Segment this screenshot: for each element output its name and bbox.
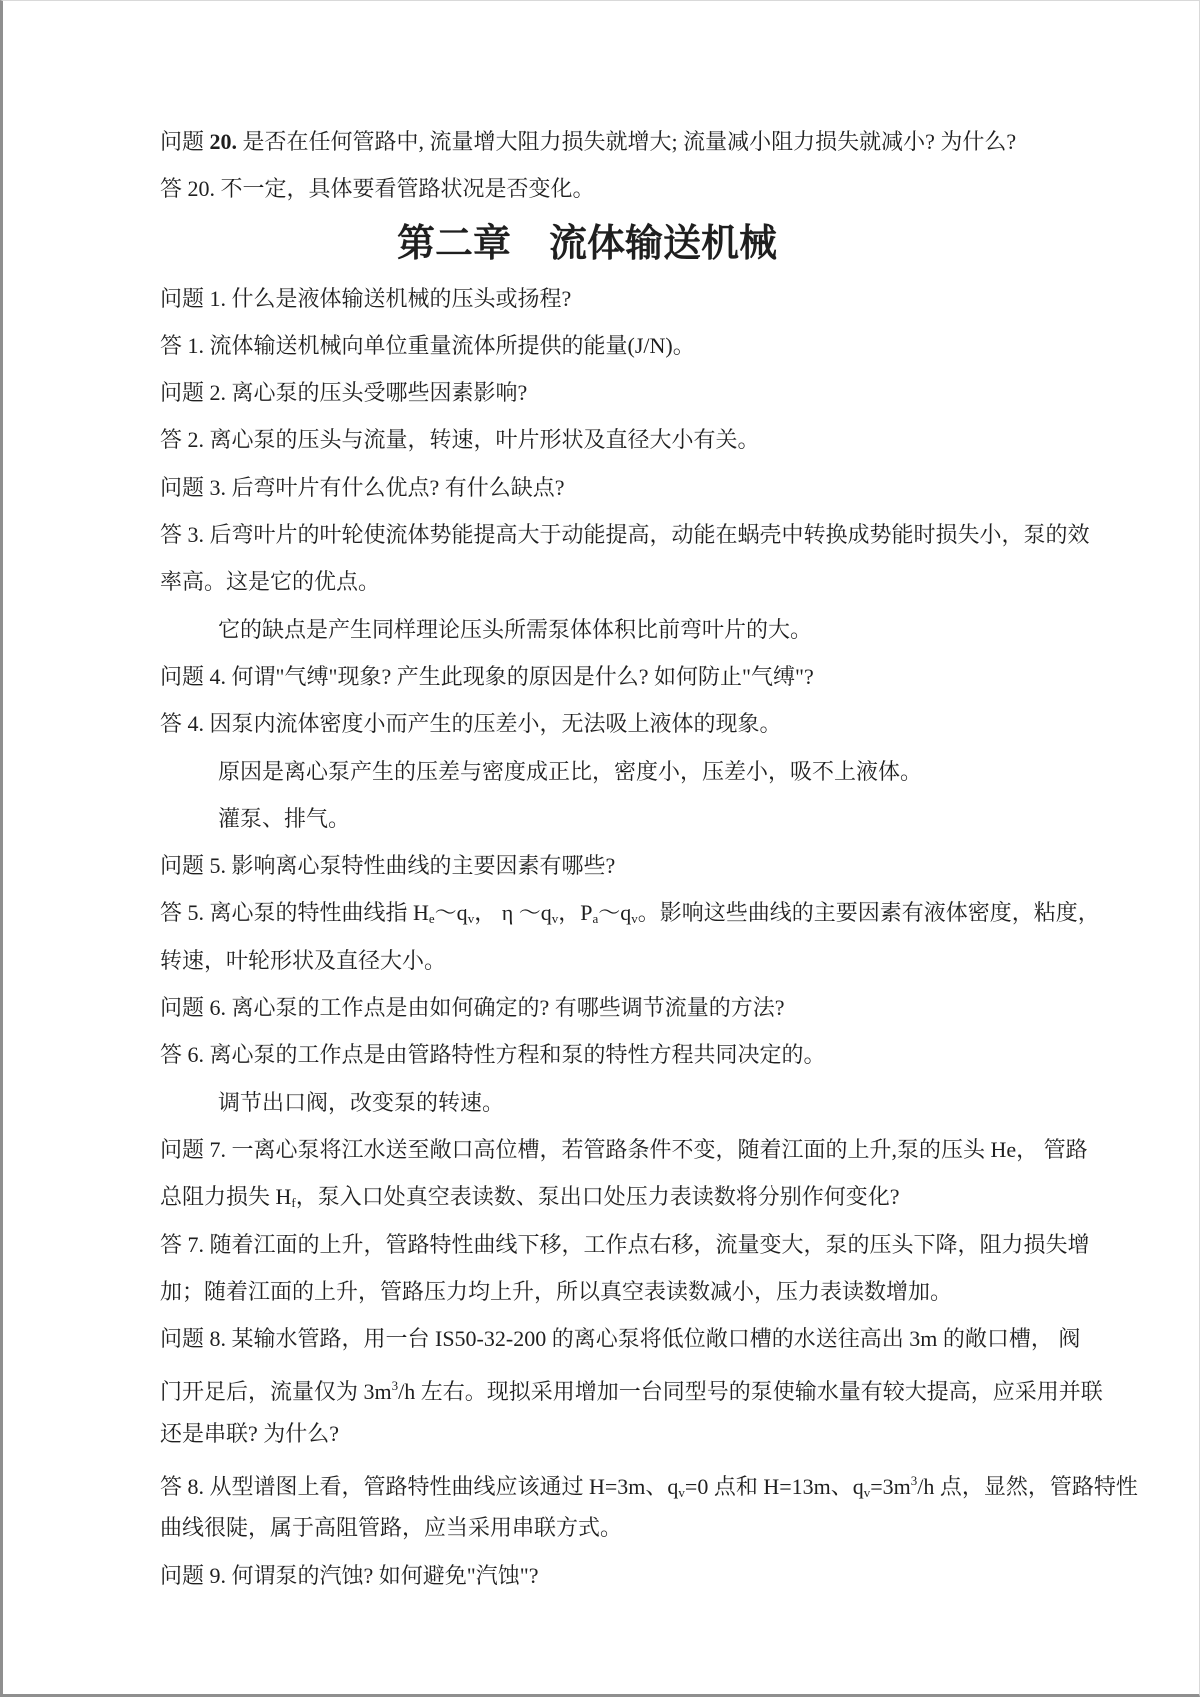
text-segment: 它的缺点是产生同样理论压头所需泵体体积比前弯叶片的大。 [218, 617, 812, 642]
text-line-15: 灌泵、排气。 [218, 795, 1159, 842]
text-segment: ～q [598, 900, 631, 925]
text-segment: 原因是离心泵产生的压差与密度成正比，密度小，压差小，吸不上液体。 [218, 759, 922, 784]
text-segment: 答 20. 不一定，具体要看管路状况是否变化。 [160, 176, 595, 201]
text-segment: 是否在任何管路中, 流量增大阻力损失就增大; 流量减小阻力损失就减小? 为什么? [237, 129, 1016, 154]
text-segment: 问题 2. 离心泵的压头受哪些因素影响? [160, 380, 527, 405]
text-line-19: 问题 6. 离心泵的工作点是由如何确定的? 有哪些调节流量的方法? [160, 984, 1159, 1031]
chapter-title: 第二章 流体输送机械 [3, 213, 1171, 275]
text-segment: /h 左右。现拟采用增加一台同型号的泵使输水量有较大提高，应采用并联 [398, 1379, 1103, 1404]
text-line-9: 答 3. 后弯叶片的叶轮使流体势能提高大于动能提高，动能在蜗壳中转换成势能时损失… [160, 511, 1159, 558]
text-line-8: 问题 3. 后弯叶片有什么优点? 有什么缺点? [160, 464, 1159, 511]
text-line-23: 总阻力损失 Hf，泵入口处真空表读数、泵出口处压力表读数将分别作何变化? [160, 1173, 1159, 1220]
text-line-24: 答 7. 随着江面的上升，管路特性曲线下移，工作点右移，流量变大，泵的压头下降，… [160, 1221, 1159, 1268]
text-line-1: 问题 20. 是否在任何管路中, 流量增大阻力损失就增大; 流量减小阻力损失就减… [160, 118, 1159, 165]
text-line-11: 它的缺点是产生同样理论压头所需泵体体积比前弯叶片的大。 [218, 606, 1159, 653]
text-segment: 问题 5. 影响离心泵特性曲线的主要因素有哪些? [160, 853, 615, 878]
text-segment: 20. [210, 129, 238, 154]
text-segment: ，P [558, 900, 592, 925]
text-segment: 还是串联? 为什么? [160, 1421, 339, 1446]
text-line-21: 调节出口阀，改变泵的转速。 [218, 1079, 1159, 1126]
text-segment: 答 2. 离心泵的压头与流量，转速，叶片形状及直径大小有关。 [160, 427, 760, 452]
text-segment: ， η ～q [474, 900, 552, 925]
text-segment: 加；随着江面的上升，管路压力均上升，所以真空表读数减小，压力表读数增加。 [160, 1279, 952, 1304]
text-segment: 答 4. 因泵内流体密度小而产生的压差小，无法吸上液体的现象。 [160, 711, 782, 736]
text-line-27: 门开足后，流量仅为 3m3/h 左右。现拟采用增加一台同型号的泵使输水量有较大提… [160, 1362, 1159, 1409]
text-line-20: 答 6. 离心泵的工作点是由管路特性方程和泵的特性方程共同决定的。 [160, 1031, 1159, 1078]
text-segment: 问题 [160, 129, 210, 154]
text-segment: 答 5. 离心泵的特性曲线指 H [160, 900, 429, 925]
text-segment: 问题 4. 何谓"气缚"现象? 产生此现象的原因是什么? 如何防止"气缚"? [160, 664, 814, 689]
text-line-25: 加；随着江面的上升，管路压力均上升，所以真空表读数减小，压力表读数增加。 [160, 1268, 1159, 1315]
text-segment: 门开足后，流量仅为 3m [160, 1379, 392, 1404]
text-segment: 第二章 流体输送机械 [397, 223, 777, 265]
text-segment: 问题 8. 某输水管路，用一台 IS50-32-200 的离心泵将低位敞口槽的水… [160, 1326, 1080, 1351]
text-segment: 问题 6. 离心泵的工作点是由如何确定的? 有哪些调节流量的方法? [160, 995, 785, 1020]
text-segment: 率高。这是它的优点。 [160, 569, 380, 594]
text-line-12: 问题 4. 何谓"气缚"现象? 产生此现象的原因是什么? 如何防止"气缚"? [160, 653, 1159, 700]
text-line-6: 问题 2. 离心泵的压头受哪些因素影响? [160, 369, 1159, 416]
text-line-26: 问题 8. 某输水管路，用一台 IS50-32-200 的离心泵将低位敞口槽的水… [160, 1315, 1159, 1362]
text-line-14: 原因是离心泵产生的压差与密度成正比，密度小，压差小，吸不上液体。 [218, 748, 1159, 795]
text-line-5: 答 1. 流体输送机械向单位重量流体所提供的能量(J/N)。 [160, 322, 1159, 369]
document-page: 问题 20. 是否在任何管路中, 流量增大阻力损失就增大; 流量减小阻力损失就减… [0, 0, 1200, 1697]
text-segment: 问题 7. 一离心泵将江水送至敞口高位槽，若管路条件不变，随着江面的上升,泵的压… [160, 1137, 1088, 1162]
text-line-29: 答 8. 从型谱图上看，管路特性曲线应该通过 H=3m、qv=0 点和 H=13… [160, 1457, 1159, 1504]
text-segment: 问题 3. 后弯叶片有什么优点? 有什么缺点? [160, 475, 565, 500]
text-segment: =0 点和 H=13m、q [685, 1474, 864, 1499]
text-segment: 问题 9. 何谓泵的汽蚀? 如何避免"汽蚀"? [160, 1563, 539, 1588]
text-segment: 答 8. 从型谱图上看，管路特性曲线应该通过 H=3m、q [160, 1474, 678, 1499]
text-segment: 总阻力损失 H [160, 1184, 291, 1209]
text-segment: ～q [435, 900, 468, 925]
document-body: 问题 20. 是否在任何管路中, 流量增大阻力损失就增大; 流量减小阻力损失就减… [3, 118, 1199, 1599]
text-line-18: 转速，叶轮形状及直径大小。 [160, 937, 1159, 984]
text-segment: =3m [870, 1474, 911, 1499]
text-line-22: 问题 7. 一离心泵将江水送至敞口高位槽，若管路条件不变，随着江面的上升,泵的压… [160, 1126, 1159, 1173]
text-segment: 转速，叶轮形状及直径大小。 [160, 948, 446, 973]
text-line-13: 答 4. 因泵内流体密度小而产生的压差小，无法吸上液体的现象。 [160, 700, 1159, 747]
text-line-28: 还是串联? 为什么? [160, 1410, 1159, 1457]
text-line-30: 曲线很陡，属于高阻管路，应当采用串联方式。 [160, 1504, 1159, 1551]
text-segment: 答 6. 离心泵的工作点是由管路特性方程和泵的特性方程共同决定的。 [160, 1042, 826, 1067]
text-line-16: 问题 5. 影响离心泵特性曲线的主要因素有哪些? [160, 842, 1159, 889]
text-line-17: 答 5. 离心泵的特性曲线指 He～qv， η ～qv，Pa～qv。影响这些曲线… [160, 889, 1159, 936]
text-segment: 调节出口阀，改变泵的转速。 [218, 1090, 504, 1115]
text-segment: 答 1. 流体输送机械向单位重量流体所提供的能量(J/N)。 [160, 333, 695, 358]
text-line-4: 问题 1. 什么是液体输送机械的压头或扬程? [160, 275, 1159, 322]
text-line-2: 答 20. 不一定，具体要看管路状况是否变化。 [160, 165, 1159, 212]
text-segment: 问题 1. 什么是液体输送机械的压头或扬程? [160, 286, 571, 311]
text-line-10: 率高。这是它的优点。 [160, 558, 1159, 605]
text-segment: 答 3. 后弯叶片的叶轮使流体势能提高大于动能提高，动能在蜗壳中转换成势能时损失… [160, 522, 1090, 547]
text-line-7: 答 2. 离心泵的压头与流量，转速，叶片形状及直径大小有关。 [160, 416, 1159, 463]
text-segment: 答 7. 随着江面的上升，管路特性曲线下移，工作点右移，流量变大，泵的压头下降，… [160, 1232, 1090, 1257]
text-segment: ，泵入口处真空表读数、泵出口处压力表读数将分别作何变化? [296, 1184, 900, 1209]
text-segment: 灌泵、排气。 [218, 806, 350, 831]
text-line-31: 问题 9. 何谓泵的汽蚀? 如何避免"汽蚀"? [160, 1552, 1159, 1599]
text-segment: /h 点，显然，管路特性 [917, 1474, 1138, 1499]
text-segment: 。影响这些曲线的主要因素有液体密度，粘度， [638, 900, 1100, 925]
text-segment: 曲线很陡，属于高阻管路，应当采用串联方式。 [160, 1515, 622, 1540]
